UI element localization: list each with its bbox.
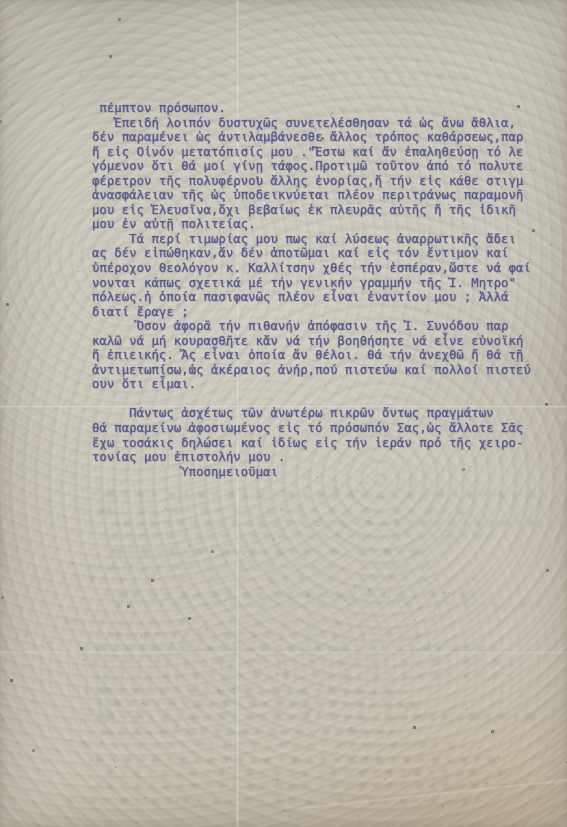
letter-line: ἔχω τοσάκις δηλώσει καί ἰδίως εἰς τήν ἱε… — [92, 436, 531, 451]
bleedthrough-line — [64, 798, 490, 804]
bleedthrough-line — [95, 783, 540, 789]
letter-line: Ἐπειδή λοιπόν δυστυχῶς συνετελέσθησαν τά… — [92, 116, 531, 131]
letter-line — [92, 392, 531, 407]
bleedthrough-line — [114, 602, 544, 608]
letter-line: Ὑποσημειοῦμαι — [92, 465, 531, 480]
letter-line: Τά περί τιμωρίας μου πως καί λύσεως ἀναρ… — [92, 232, 531, 247]
bleedthrough-line — [105, 592, 475, 598]
letter-line: μου ἐν αὐτῇ πολιτείας. — [92, 217, 531, 232]
letter-line: διατί ἔραγε ; — [92, 305, 531, 320]
bleedthrough-line — [98, 701, 415, 707]
bleedthrough-line — [112, 549, 427, 555]
horizontal-crease-lower — [0, 651, 567, 654]
bleedthrough-line — [60, 619, 379, 625]
bleedthrough-line — [112, 520, 541, 526]
letter-line: ας δέν εἰπώθηκαν,ἄν δέν ἀποτῶμαι καί εἰς… — [92, 246, 531, 261]
bleedthrough-line — [86, 659, 515, 665]
letter-line: νονται κάπως σχετικά μέ τήν γενικήν γραμ… — [92, 276, 531, 291]
bleedthrough-line — [76, 646, 499, 652]
bleedthrough-line — [91, 632, 423, 638]
bleedthrough-line — [96, 673, 509, 679]
paper-speckles — [0, 0, 1, 1]
letter-line: ἀντιμετωπίσω,ὡς ἀκέραιος ἀνήρ,πού πιστεύ… — [92, 363, 531, 378]
bleedthrough-line — [84, 688, 399, 694]
letter-line: τονίας μου ἐπιστολήν μου . — [92, 450, 531, 465]
bleedthrough-line — [93, 492, 532, 498]
bleedthrough-line — [120, 58, 420, 64]
bleedthrough-line — [81, 508, 473, 514]
bleedthrough-line — [103, 533, 493, 539]
bleedthrough-line — [63, 576, 452, 582]
letter-line: ἀνασφάλειαν τῆς ὡς ὑποδεικνύεται πλέον π… — [92, 188, 531, 203]
bottom-corner-crease — [301, 777, 567, 809]
letter-line: ουν ὅτι εἶμαι. — [92, 377, 531, 392]
bleedthrough-line — [104, 770, 508, 776]
letter-line: Ὅσον ἀφορᾶ τήν πιθανήν ἀπόφασιν τῆς Ἰ. Σ… — [92, 319, 531, 334]
letter-line: πόλεως.ἡ ὁποία πασιφανῶς πλέον εἶναι ἐνα… — [92, 290, 531, 305]
letter-line: δέν παραμένει ὡς ἀντιλαμβάνεσθε ἄλλος τρ… — [92, 130, 531, 145]
letter-line: ἤ ἐπιεικής. Ἄς εἶναι ὁποία ἄν θέλοι. θά … — [92, 348, 531, 363]
letter-line: φέρετρον τῆς πολυφέρνου ἄλλης ἐνορίας,ἤ … — [92, 174, 531, 189]
letter-line: ἤ εἰς Οἰνόν μετατόπισίς μου ."Ἔστω καί ἄ… — [92, 145, 531, 160]
letter-line: μου εἰς Ἐλευσῖνα,ὄχι βεβαίως ἐκ πλευρᾶς … — [92, 203, 531, 218]
letter-line: ὑπέροχον θεολόγον κ. Καλλίτσην χθές τήν … — [92, 261, 531, 276]
letter-body: πέμπτον πρόσωπον. Ἐπειδή λοιπόν δυστυχῶς… — [92, 101, 531, 479]
bleedthrough-line — [86, 564, 432, 570]
paper-dark-specks — [0, 0, 1, 1]
bleedthrough-line — [80, 757, 495, 763]
letter-page: πέμπτον πρόσωπον. Ἐπειδή λοιπόν δυστυχῶς… — [0, 0, 567, 827]
letter-line: Πάντως ἀσχέτως τῶν ἀνωτέρω πικρῶν ὄντως … — [92, 406, 531, 421]
bleedthrough-line — [92, 729, 394, 735]
bleedthrough-line — [70, 742, 465, 748]
letter-line: πέμπτον πρόσωπον. — [92, 101, 531, 116]
bleedthrough-line — [90, 74, 470, 80]
letter-line: θά παραμείνω ἀφοσιωμένος εἰς τό πρόσωπόν… — [92, 421, 531, 436]
letter-line: καλῶ νά μή κουρασθῆτε κἄν νά τήν βοηθήση… — [92, 334, 531, 349]
letter-line: γόμενον ὅτι θά μοί γίνῃ τάφος.Προτιμῶ το… — [92, 159, 531, 174]
bleedthrough-line — [83, 714, 539, 720]
